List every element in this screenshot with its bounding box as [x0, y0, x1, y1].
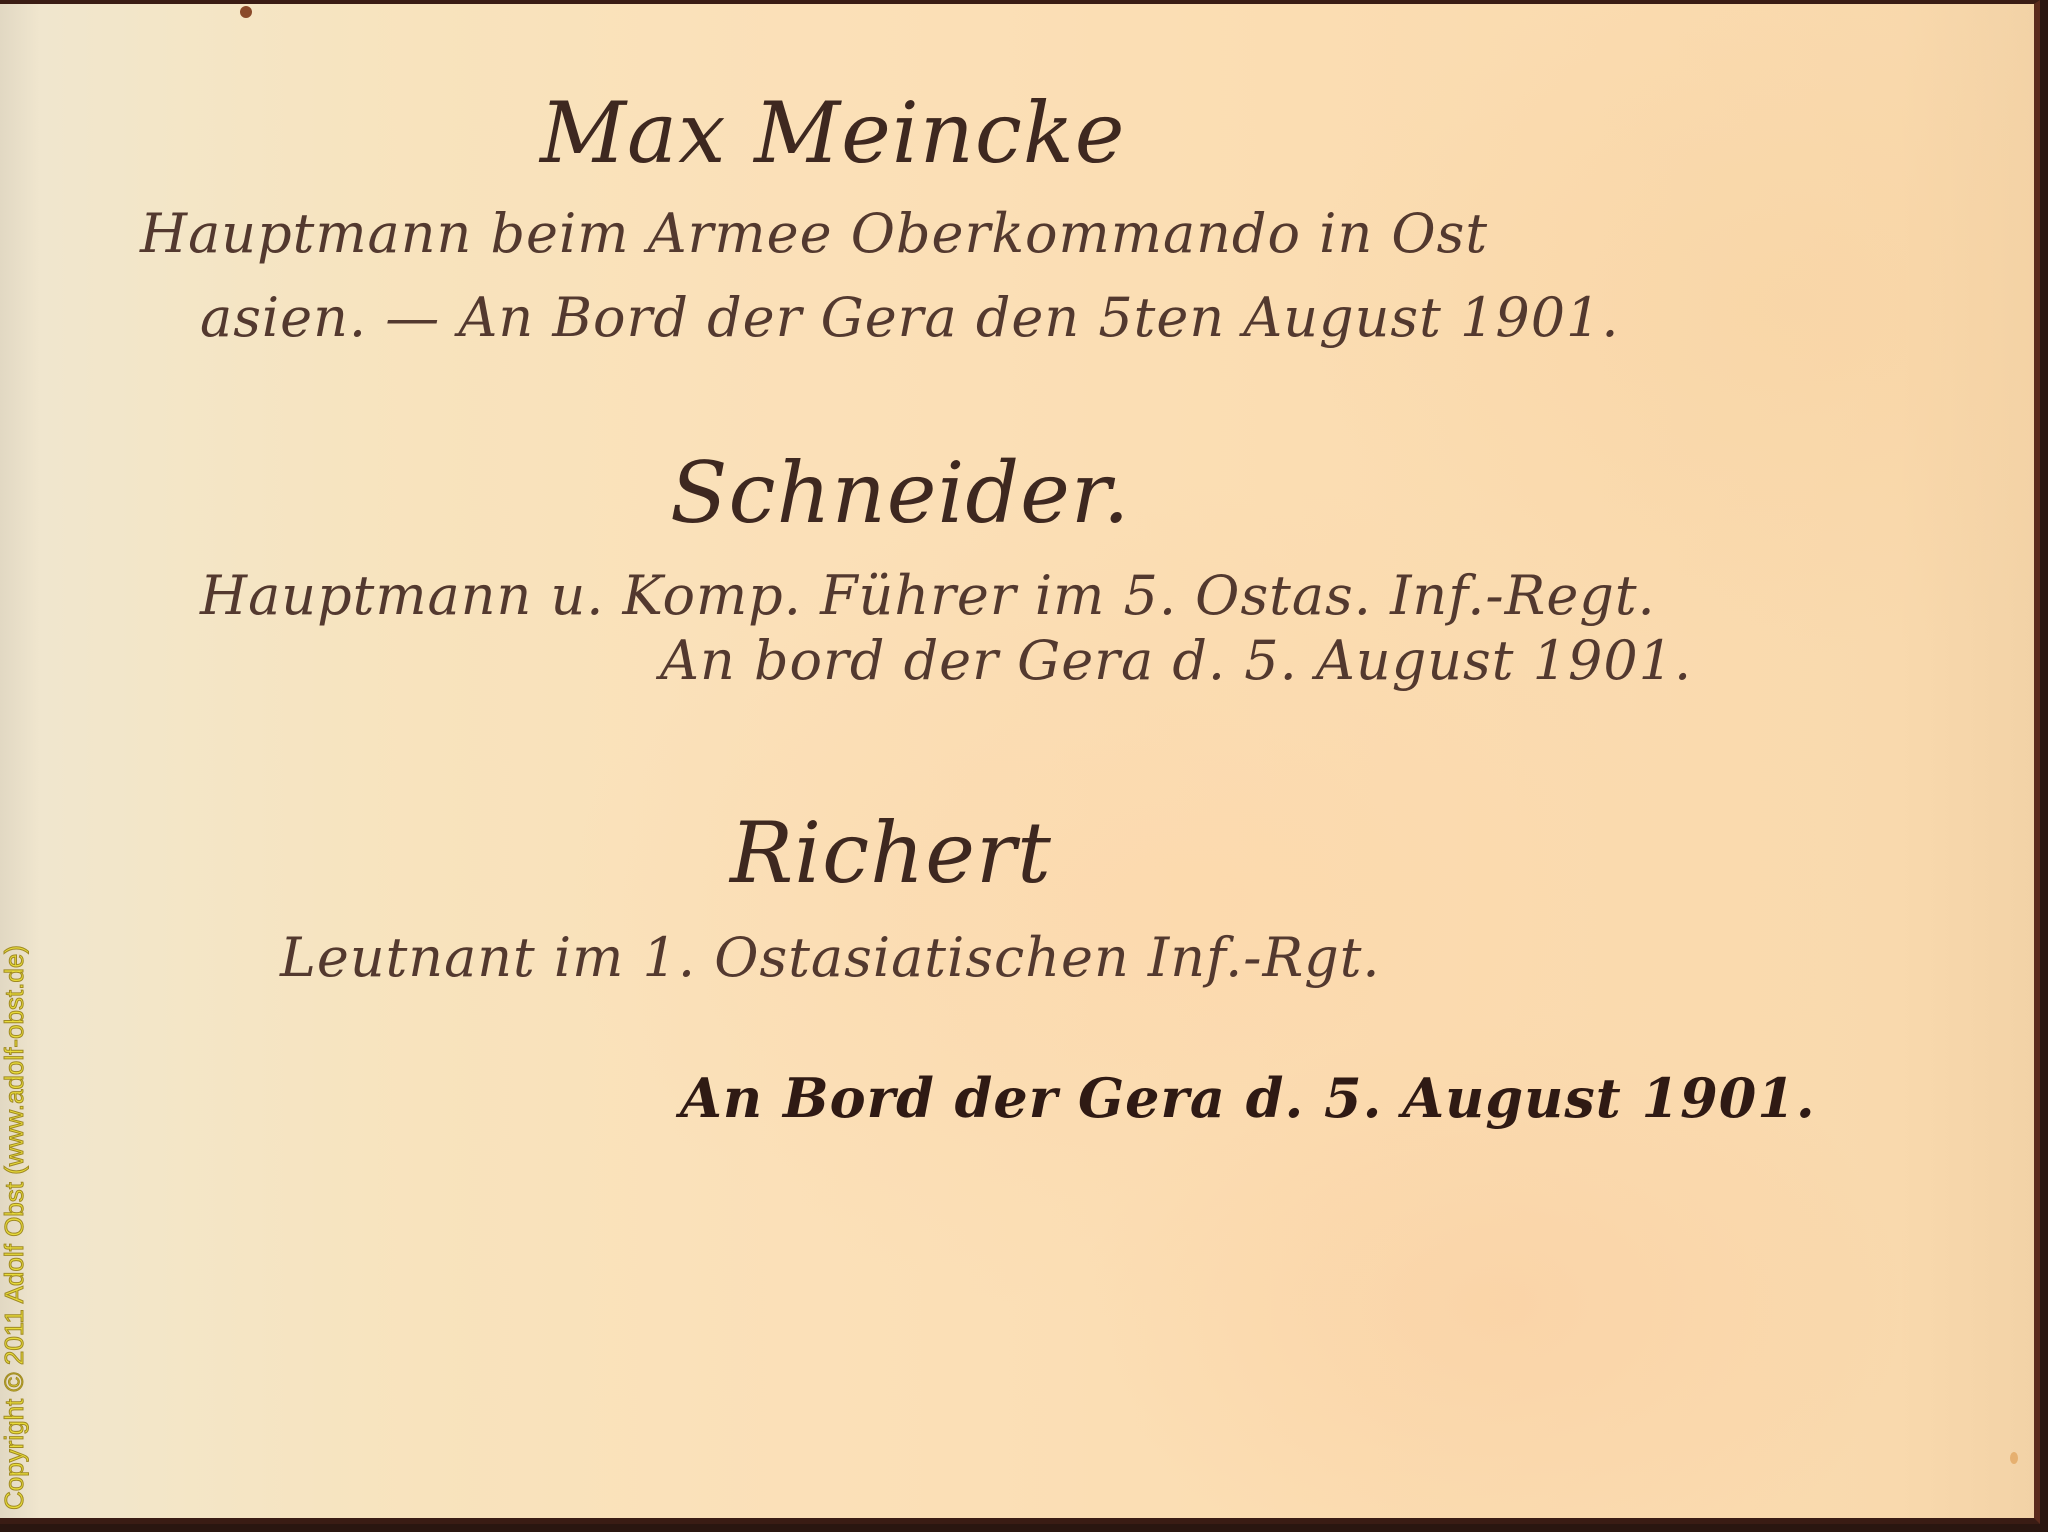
entry-1-line-2: asien. — An Bord der Gera den 5ten Augus…: [200, 286, 1620, 349]
signature-schneider: Schneider.: [670, 444, 1130, 542]
entry-2-line-2: An bord der Gera d. 5. August 1901.: [660, 629, 1692, 692]
paper-spot: [2010, 1452, 2018, 1464]
entry-2-line-1: Hauptmann u. Komp. Führer im 5. Ostas. I…: [200, 564, 1656, 627]
copyright-watermark: Copyright © 2011 Adolf Obst (www.adolf-o…: [0, 945, 30, 1510]
ink-stain: [240, 6, 252, 18]
album-page: Max Meincke Hauptmann beim Armee Oberkom…: [0, 0, 2040, 1524]
entry-3-line-2: An Bord der Gera d. 5. August 1901.: [680, 1066, 1816, 1130]
signature-richert: Richert: [730, 804, 1052, 902]
entry-1-line-1: Hauptmann beim Armee Oberkommando in Ost: [140, 202, 1488, 265]
signature-max-meincke: Max Meincke: [540, 84, 1126, 182]
entry-3-line-1: Leutnant im 1. Ostasiatischen Inf.-Rgt.: [280, 926, 1381, 989]
